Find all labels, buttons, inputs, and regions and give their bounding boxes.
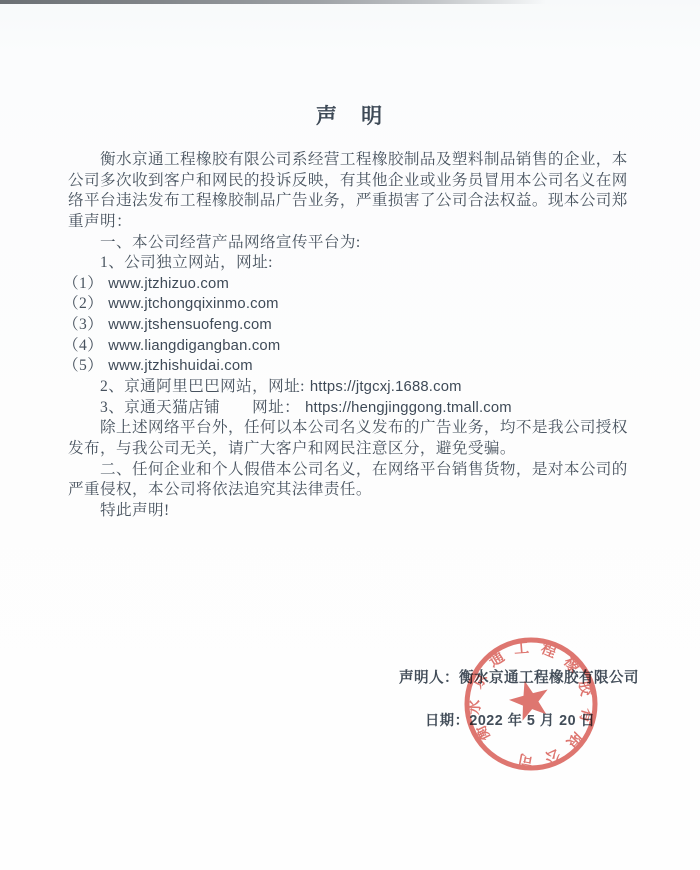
doc-text: 发布，与我公司无关，请广大客户和网民注意区分，避免受骗。: [68, 440, 516, 457]
doc-line: 二、任何企业和个人假借本公司名义，在网络平台销售货物，是对本公司的: [68, 460, 636, 481]
doc-line: （3）www.jtshensuofeng.com: [63, 315, 636, 336]
scan-edge-artifact: [0, 0, 700, 4]
doc-line: 衡水京通工程橡胶有限公司系经营工程橡胶制品及塑料制品销售的企业，本: [68, 150, 636, 171]
scanned-statement-page: 声 明 衡水京通工程橡胶有限公司系经营工程橡胶制品及塑料制品销售的企业，本公司多…: [0, 0, 700, 870]
doc-text: （3）: [63, 316, 103, 333]
doc-line: 严重侵权，本公司将依法追究其法律责任。: [68, 480, 636, 501]
doc-text: 特此声明!: [100, 502, 170, 519]
doc-text: （4）: [63, 337, 103, 354]
doc-text: 一、本公司经营产品网络宣传平台为:: [100, 234, 361, 251]
doc-line: 公司多次收到客户和网民的投诉反映，有其他企业或业务员冒用本公司名义在网: [68, 171, 636, 192]
doc-line: 一、本公司经营产品网络宣传平台为:: [68, 233, 636, 254]
signature-label: 声明人：: [399, 670, 459, 686]
doc-line: 1、公司独立网站，网址:: [68, 253, 636, 274]
doc-url-text: www.liangdigangban.com: [108, 338, 280, 354]
document-lines: 衡水京通工程橡胶有限公司系经营工程橡胶制品及塑料制品销售的企业，本公司多次收到客…: [68, 150, 636, 522]
doc-text: 重声明：: [68, 213, 132, 230]
doc-url-text: www.jtzhizuo.com: [108, 276, 229, 292]
doc-text: 络平台违法发布工程橡胶制品广告业务，严重损害了公司合法权益。现本公司郑: [68, 192, 628, 209]
doc-text: 衡水京通工程橡胶有限公司系经营工程橡胶制品及塑料制品销售的企业，本: [100, 151, 628, 168]
doc-text: 除上述网络平台外，任何以本公司名义发布的广告业务，均不是我公司授权: [100, 419, 628, 436]
company-seal-stamp: 衡水京通工程橡胶有限公司: [454, 627, 608, 781]
seal-star-icon: [505, 676, 553, 723]
doc-text: （1）: [63, 275, 103, 292]
doc-url-text: https://hengjinggong.tmall.com: [305, 400, 512, 416]
doc-url-text: www.jtzhishuidai.com: [108, 358, 253, 374]
doc-line: 2、京通阿里巴巴网站，网址:https://jtgcxj.1688.com: [68, 377, 636, 398]
doc-text: 公司多次收到客户和网民的投诉反映，有其他企业或业务员冒用本公司名义在网: [68, 172, 628, 189]
doc-line: （2）www.jtchongqixinmo.com: [63, 294, 636, 315]
doc-text: （2）: [63, 295, 103, 312]
doc-line: 特此声明!: [68, 501, 636, 522]
doc-line: （4）www.liangdigangban.com: [63, 336, 636, 357]
document-title: 声 明: [0, 100, 700, 130]
doc-line: 3、京通天猫店铺 网址：https://hengjinggong.tmall.c…: [68, 398, 636, 419]
doc-text: 二、任何企业和个人假借本公司名义，在网络平台销售货物，是对本公司的: [100, 461, 628, 478]
doc-line: 发布，与我公司无关，请广大客户和网民注意区分，避免受骗。: [68, 439, 636, 460]
doc-url-text: https://jtgcxj.1688.com: [310, 379, 462, 395]
doc-text: 1、公司独立网站，网址:: [100, 254, 273, 271]
doc-line: 除上述网络平台外，任何以本公司名义发布的广告业务，均不是我公司授权: [68, 418, 636, 439]
doc-text: 3、京通天猫店铺 网址：: [100, 399, 300, 416]
doc-line: 络平台违法发布工程橡胶制品广告业务，严重损害了公司合法权益。现本公司郑: [68, 191, 636, 212]
doc-line: （5）www.jtzhishuidai.com: [63, 356, 636, 377]
doc-line: 重声明：: [68, 212, 636, 233]
doc-text: 严重侵权，本公司将依法追究其法律责任。: [68, 481, 372, 498]
doc-text: 2、京通阿里巴巴网站，网址:: [100, 378, 305, 395]
doc-text: （5）: [63, 357, 103, 374]
doc-url-text: www.jtshensuofeng.com: [108, 317, 272, 333]
doc-url-text: www.jtchongqixinmo.com: [108, 296, 279, 312]
doc-line: （1）www.jtzhizuo.com: [63, 274, 636, 295]
